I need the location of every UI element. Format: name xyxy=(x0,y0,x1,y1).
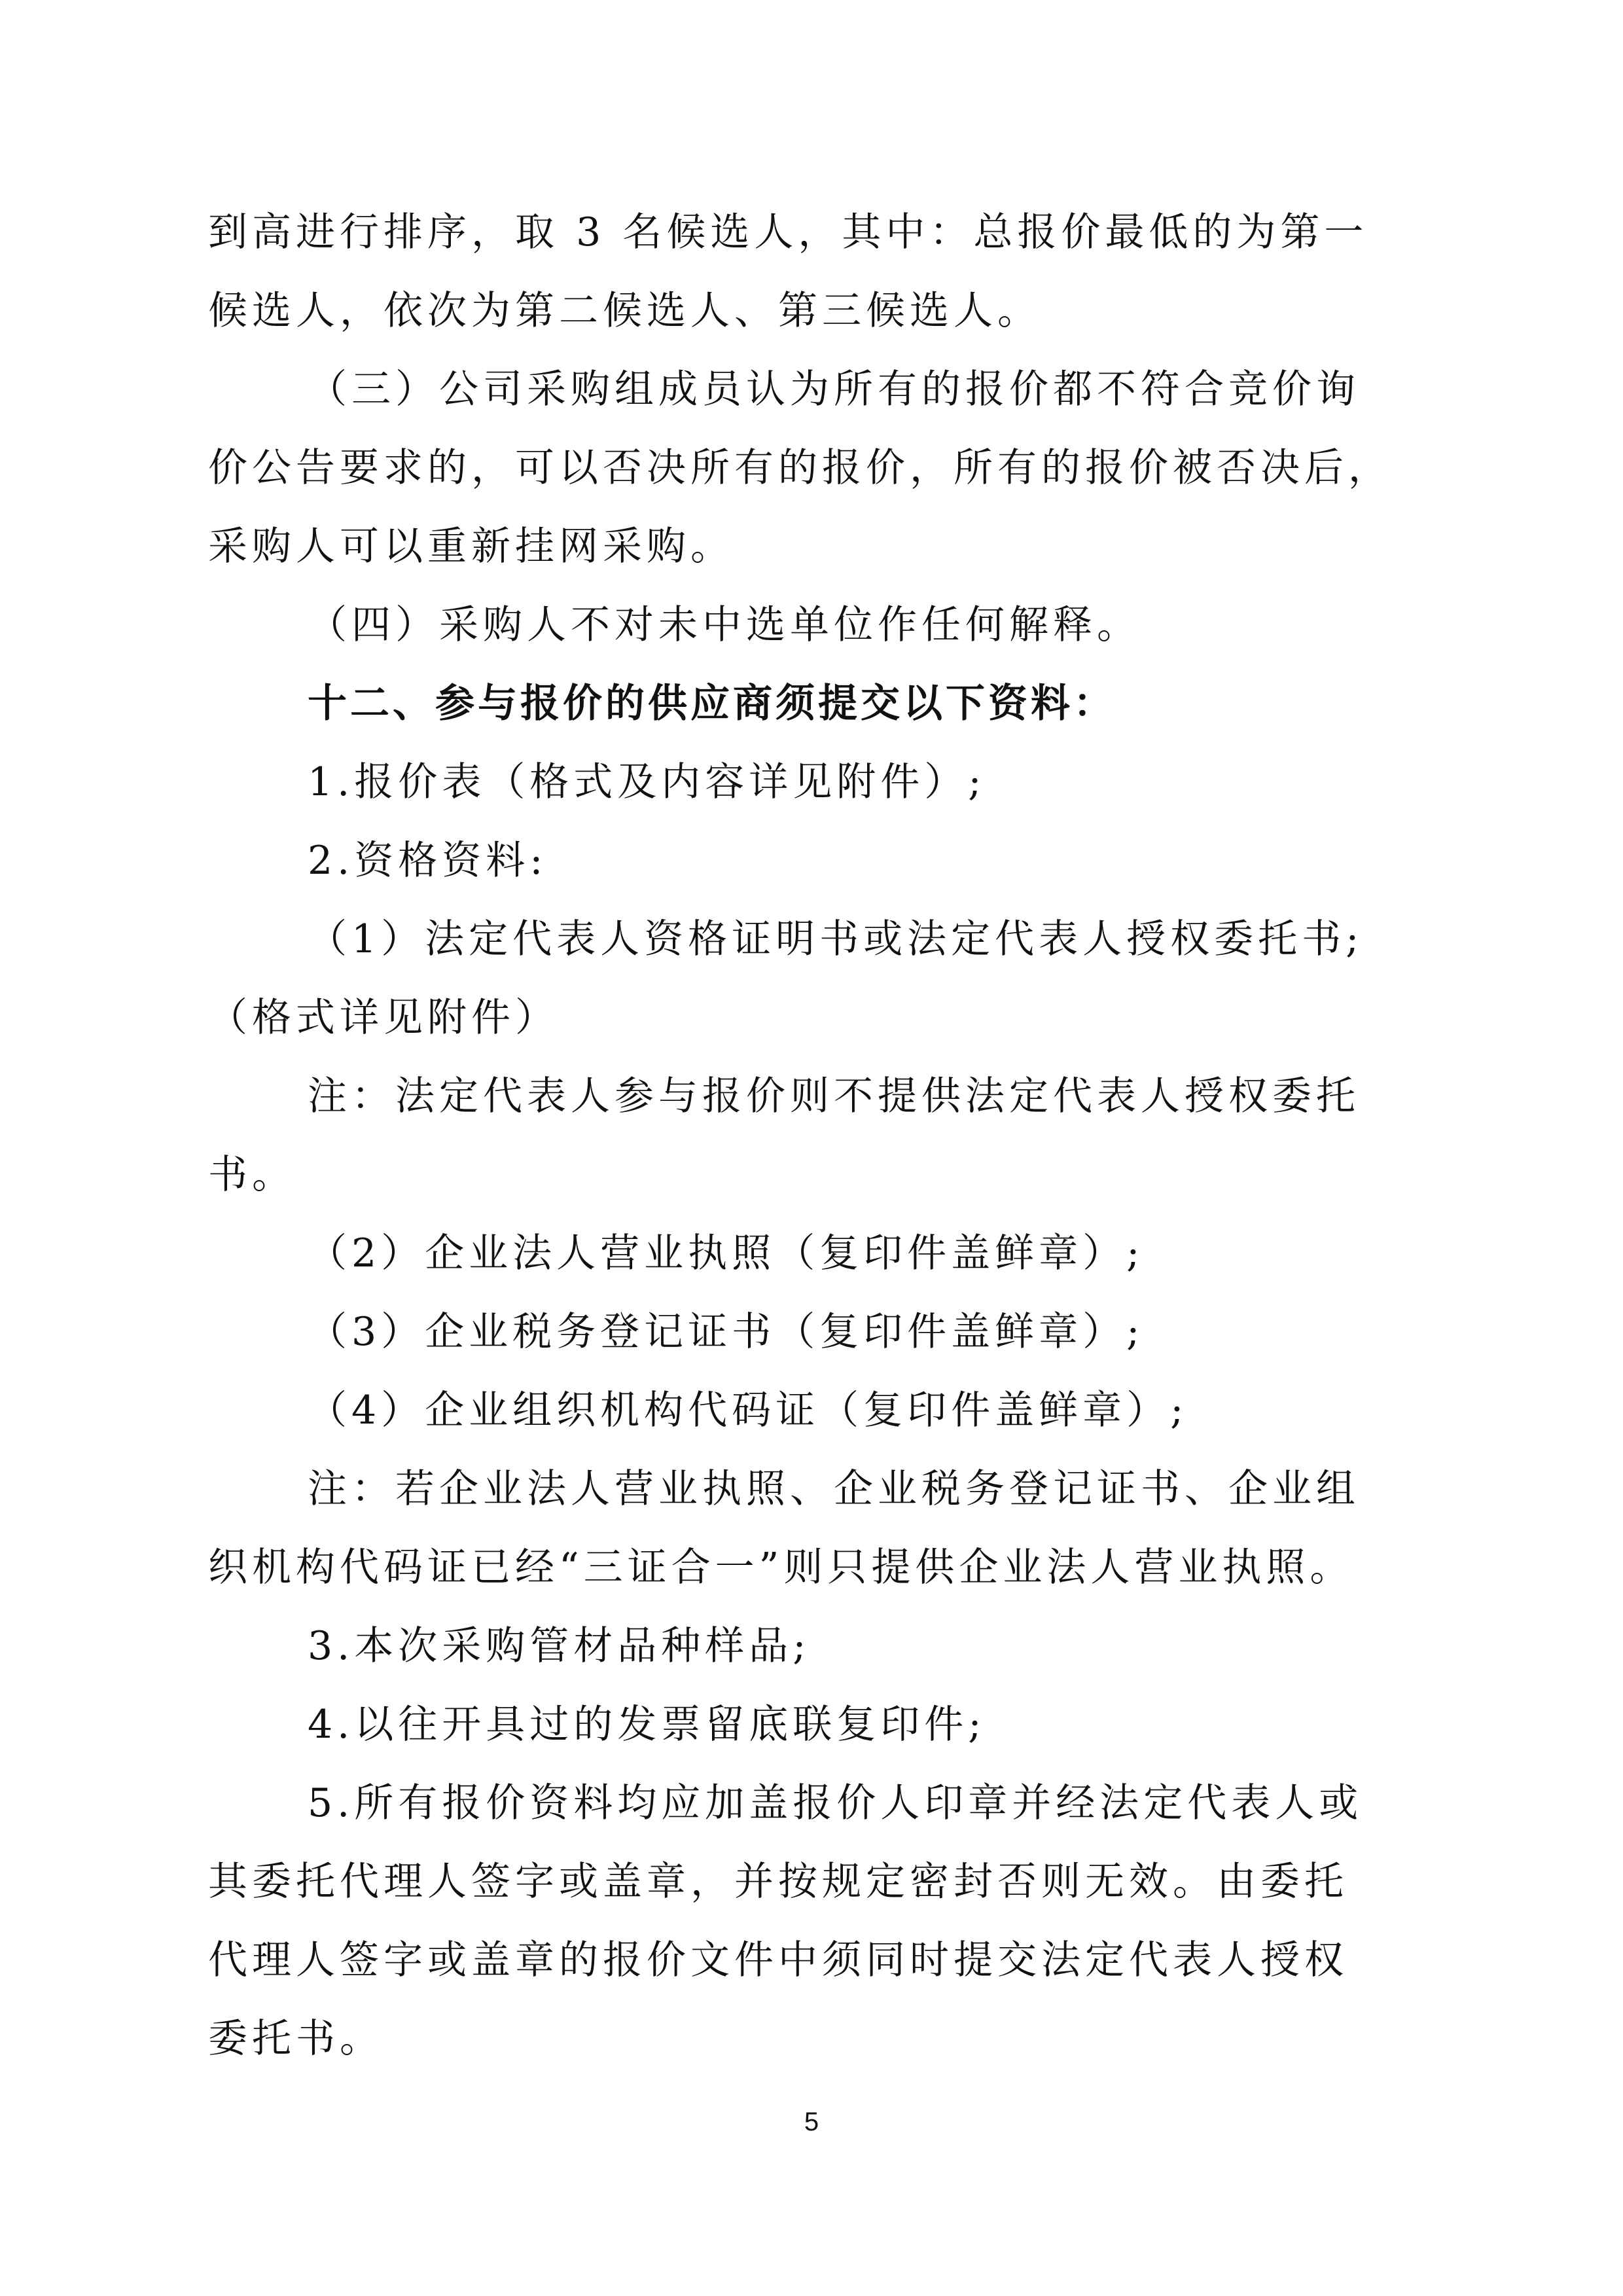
text-line: 价公告要求的，可以否决所有的报价，所有的报价被否决后， xyxy=(208,442,1360,494)
text-line: 2.资格资料: xyxy=(308,834,1459,887)
text-line: 书。 xyxy=(208,1149,1360,1201)
text-line: （格式详见附件） xyxy=(208,992,1360,1044)
text-line: 其委托代理人签字或盖章，并按规定密封否则无效。由委托 xyxy=(208,1856,1360,1908)
text-line: （三）公司采购组成员认为所有的报价都不符合竞价询 xyxy=(308,363,1459,416)
text-line: 1.报价表（格式及内容详见附件）; xyxy=(308,756,1459,808)
text-line: （3）企业税务登记证书（复印件盖鲜章）; xyxy=(308,1306,1459,1358)
text-line: 注：法定代表人参与报价则不提供法定代表人授权委托 xyxy=(308,1070,1459,1122)
text-line: （4）企业组织机构代码证（复印件盖鲜章）; xyxy=(308,1384,1459,1437)
text-line: 到高进行排序，取 3 名候选人，其中：总报价最低的为第一 xyxy=(208,206,1360,259)
section-heading: 十二、参与报价的供应商须提交以下资料： xyxy=(308,677,1459,730)
text-line: 4.以往开具过的发票留底联复印件; xyxy=(308,1698,1459,1751)
document-page: 到高进行排序，取 3 名候选人，其中：总报价最低的为第一候选人，依次为第二候选人… xyxy=(0,0,1623,2296)
text-line: 候选人，依次为第二候选人、第三候选人。 xyxy=(208,285,1360,337)
text-line: （四）采购人不对未中选单位作任何解释。 xyxy=(308,599,1459,651)
text-line: 代理人签字或盖章的报价文件中须同时提交法定代表人授权 xyxy=(208,1934,1360,1986)
text-line: 5.所有报价资料均应加盖报价人印章并经法定代表人或 xyxy=(308,1777,1459,1829)
text-line: 委托书。 xyxy=(208,2013,1360,2065)
text-line: 采购人可以重新挂网采购。 xyxy=(208,520,1360,573)
text-line: （2）企业法人营业执照（复印件盖鲜章）; xyxy=(308,1227,1459,1280)
text-line: 3.本次采购管材品种样品; xyxy=(308,1620,1459,1672)
text-line: 织机构代码证已经“三证合一”则只提供企业法人营业执照。 xyxy=(208,1541,1360,1594)
page-number: 5 xyxy=(0,2108,1623,2137)
text-line: （1）法定代表人资格证明书或法定代表人授权委托书; xyxy=(308,913,1459,965)
text-line: 注：若企业法人营业执照、企业税务登记证书、企业组 xyxy=(308,1463,1459,1515)
